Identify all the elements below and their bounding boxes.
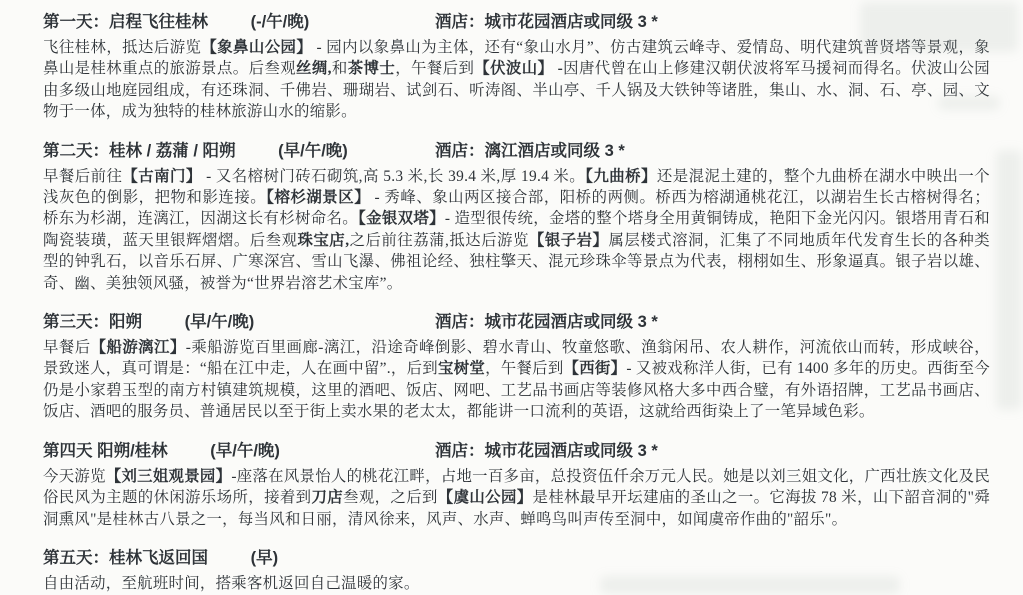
day-3-meals: (早/午/晚) <box>185 313 255 331</box>
text-segment: 【金银双塔】 <box>358 210 445 227</box>
day-section-4: 第四天 阳朔/桂林 (早/午/晚) 酒店：城市花园酒店或同级 3 * 今天游览【… <box>43 439 990 530</box>
day-4-header: 第四天 阳朔/桂林 (早/午/晚) 酒店：城市花园酒店或同级 3 * <box>43 439 990 463</box>
text-segment: 丝绸, <box>296 60 332 77</box>
text-segment: 和 <box>332 60 348 77</box>
day-1-header: 第一天：启程飞往桂林 (-/午/晚) 酒店：城市花园酒店或同级 3 * <box>43 10 990 34</box>
text-segment: 【象鼻山公园】 <box>201 39 312 56</box>
day-2-title: 第二天：桂林 / 荔蒲 / 阳朔 <box>43 142 236 160</box>
text-segment: 之后前往荔蒲,抵达后游览 <box>349 232 529 249</box>
text-segment: 叁观，之后到 <box>343 489 438 506</box>
text-segment: ，午餐后到 <box>395 60 474 77</box>
day-1-meals: (-/午/晚) <box>251 13 310 31</box>
text-segment: 茶博士 <box>348 60 395 77</box>
day-2-meals: (早/午/晚) <box>278 142 348 160</box>
text-segment: 飞往桂林，抵达后游览 <box>43 39 201 56</box>
text-segment: 自由活动，至航班时间，搭乘客机返回自己温暖的家。 <box>43 575 420 592</box>
day-3-description: 早餐后【船游漓江】-乘船游览百里画廊-漓江，沿途奇峰倒影、碧水青山、牧童悠歌、渔… <box>43 337 990 423</box>
text-segment: 早餐后前往 <box>43 168 122 185</box>
text-segment: 【伏波山】 - <box>474 60 563 77</box>
text-segment: 【九曲桥】 <box>585 168 657 185</box>
text-segment: 【榕杉湖景区】 <box>266 189 370 206</box>
text-segment: 【虞山公园】 <box>438 489 533 506</box>
text-segment: 宝树堂 <box>438 360 485 377</box>
text-segment: 【西街】 <box>564 360 627 377</box>
day-3-hotel: 酒店：城市花园酒店或同级 3 * <box>435 310 658 334</box>
day-section-3: 第三天：阳朔 (早/午/晚) 酒店：城市花园酒店或同级 3 * 早餐后【船游漓江… <box>43 310 990 423</box>
day-5-header: 第五天：桂林飞返回国 (早) <box>43 546 990 570</box>
scan-smudge <box>996 150 1022 410</box>
day-1-description: 飞往桂林，抵达后游览【象鼻山公园】 - 园内以象鼻山为主体，还有“象山水月”、仿… <box>43 37 990 123</box>
day-5-meals: (早) <box>251 549 279 567</box>
day-4-meals: (早/午/晚) <box>210 442 280 460</box>
day-5-title: 第五天：桂林飞返回国 <box>43 549 208 567</box>
day-4-title: 第四天 阳朔/桂林 <box>43 442 168 460</box>
text-segment: ，午餐后到 <box>485 360 563 377</box>
day-1-title: 第一天：启程飞往桂林 <box>43 13 208 31</box>
text-segment: 珠宝店, <box>298 232 350 249</box>
day-2-hotel: 酒店：漓江酒店或同级 3 * <box>435 139 625 163</box>
day-section-2: 第二天：桂林 / 荔蒲 / 阳朔 (早/午/晚) 酒店：漓江酒店或同级 3 * … <box>43 139 990 294</box>
day-4-hotel: 酒店：城市花园酒店或同级 3 * <box>435 439 658 463</box>
text-segment: 今天游览 <box>43 468 106 485</box>
day-section-5: 第五天：桂林飞返回国 (早) 自由活动，至航班时间，搭乘客机返回自己温暖的家。 <box>43 546 990 594</box>
day-1-hotel: 酒店：城市花园酒店或同级 3 * <box>435 10 658 34</box>
day-2-header: 第二天：桂林 / 荔蒲 / 阳朔 (早/午/晚) 酒店：漓江酒店或同级 3 * <box>43 139 990 163</box>
text-segment: 刀店 <box>311 489 343 506</box>
day-2-description: 早餐后前往【古南门】 - 又名榕树门砖石砌筑,高 5.3 米,长 39.4 米,… <box>43 166 990 294</box>
day-3-header: 第三天：阳朔 (早/午/晚) 酒店：城市花园酒店或同级 3 * <box>43 310 990 334</box>
text-segment: 【船游漓江】 <box>91 339 186 356</box>
itinerary-document: 第一天：启程飞往桂林 (-/午/晚) 酒店：城市花园酒店或同级 3 * 飞往桂林… <box>0 0 1023 595</box>
text-segment: 【刘三姐观景园】 <box>106 468 232 485</box>
day-5-description: 自由活动，至航班时间，搭乘客机返回自己温暖的家。 <box>43 573 990 594</box>
day-4-description: 今天游览【刘三姐观景园】-座落在风景怡人的桃花江畔，占地一百多亩，总投资伍仟余万… <box>43 466 990 530</box>
day-3-title: 第三天：阳朔 <box>43 313 142 331</box>
text-segment: 【银子岩】 <box>529 232 609 249</box>
text-segment: 【古南门】 <box>122 168 201 185</box>
text-segment: 早餐后 <box>43 339 91 356</box>
day-section-1: 第一天：启程飞往桂林 (-/午/晚) 酒店：城市花园酒店或同级 3 * 飞往桂林… <box>43 10 990 123</box>
text-segment: - 又名榕树门砖石砌筑,高 5.3 米,长 39.4 米,厚 19.4 米。 <box>202 168 585 185</box>
